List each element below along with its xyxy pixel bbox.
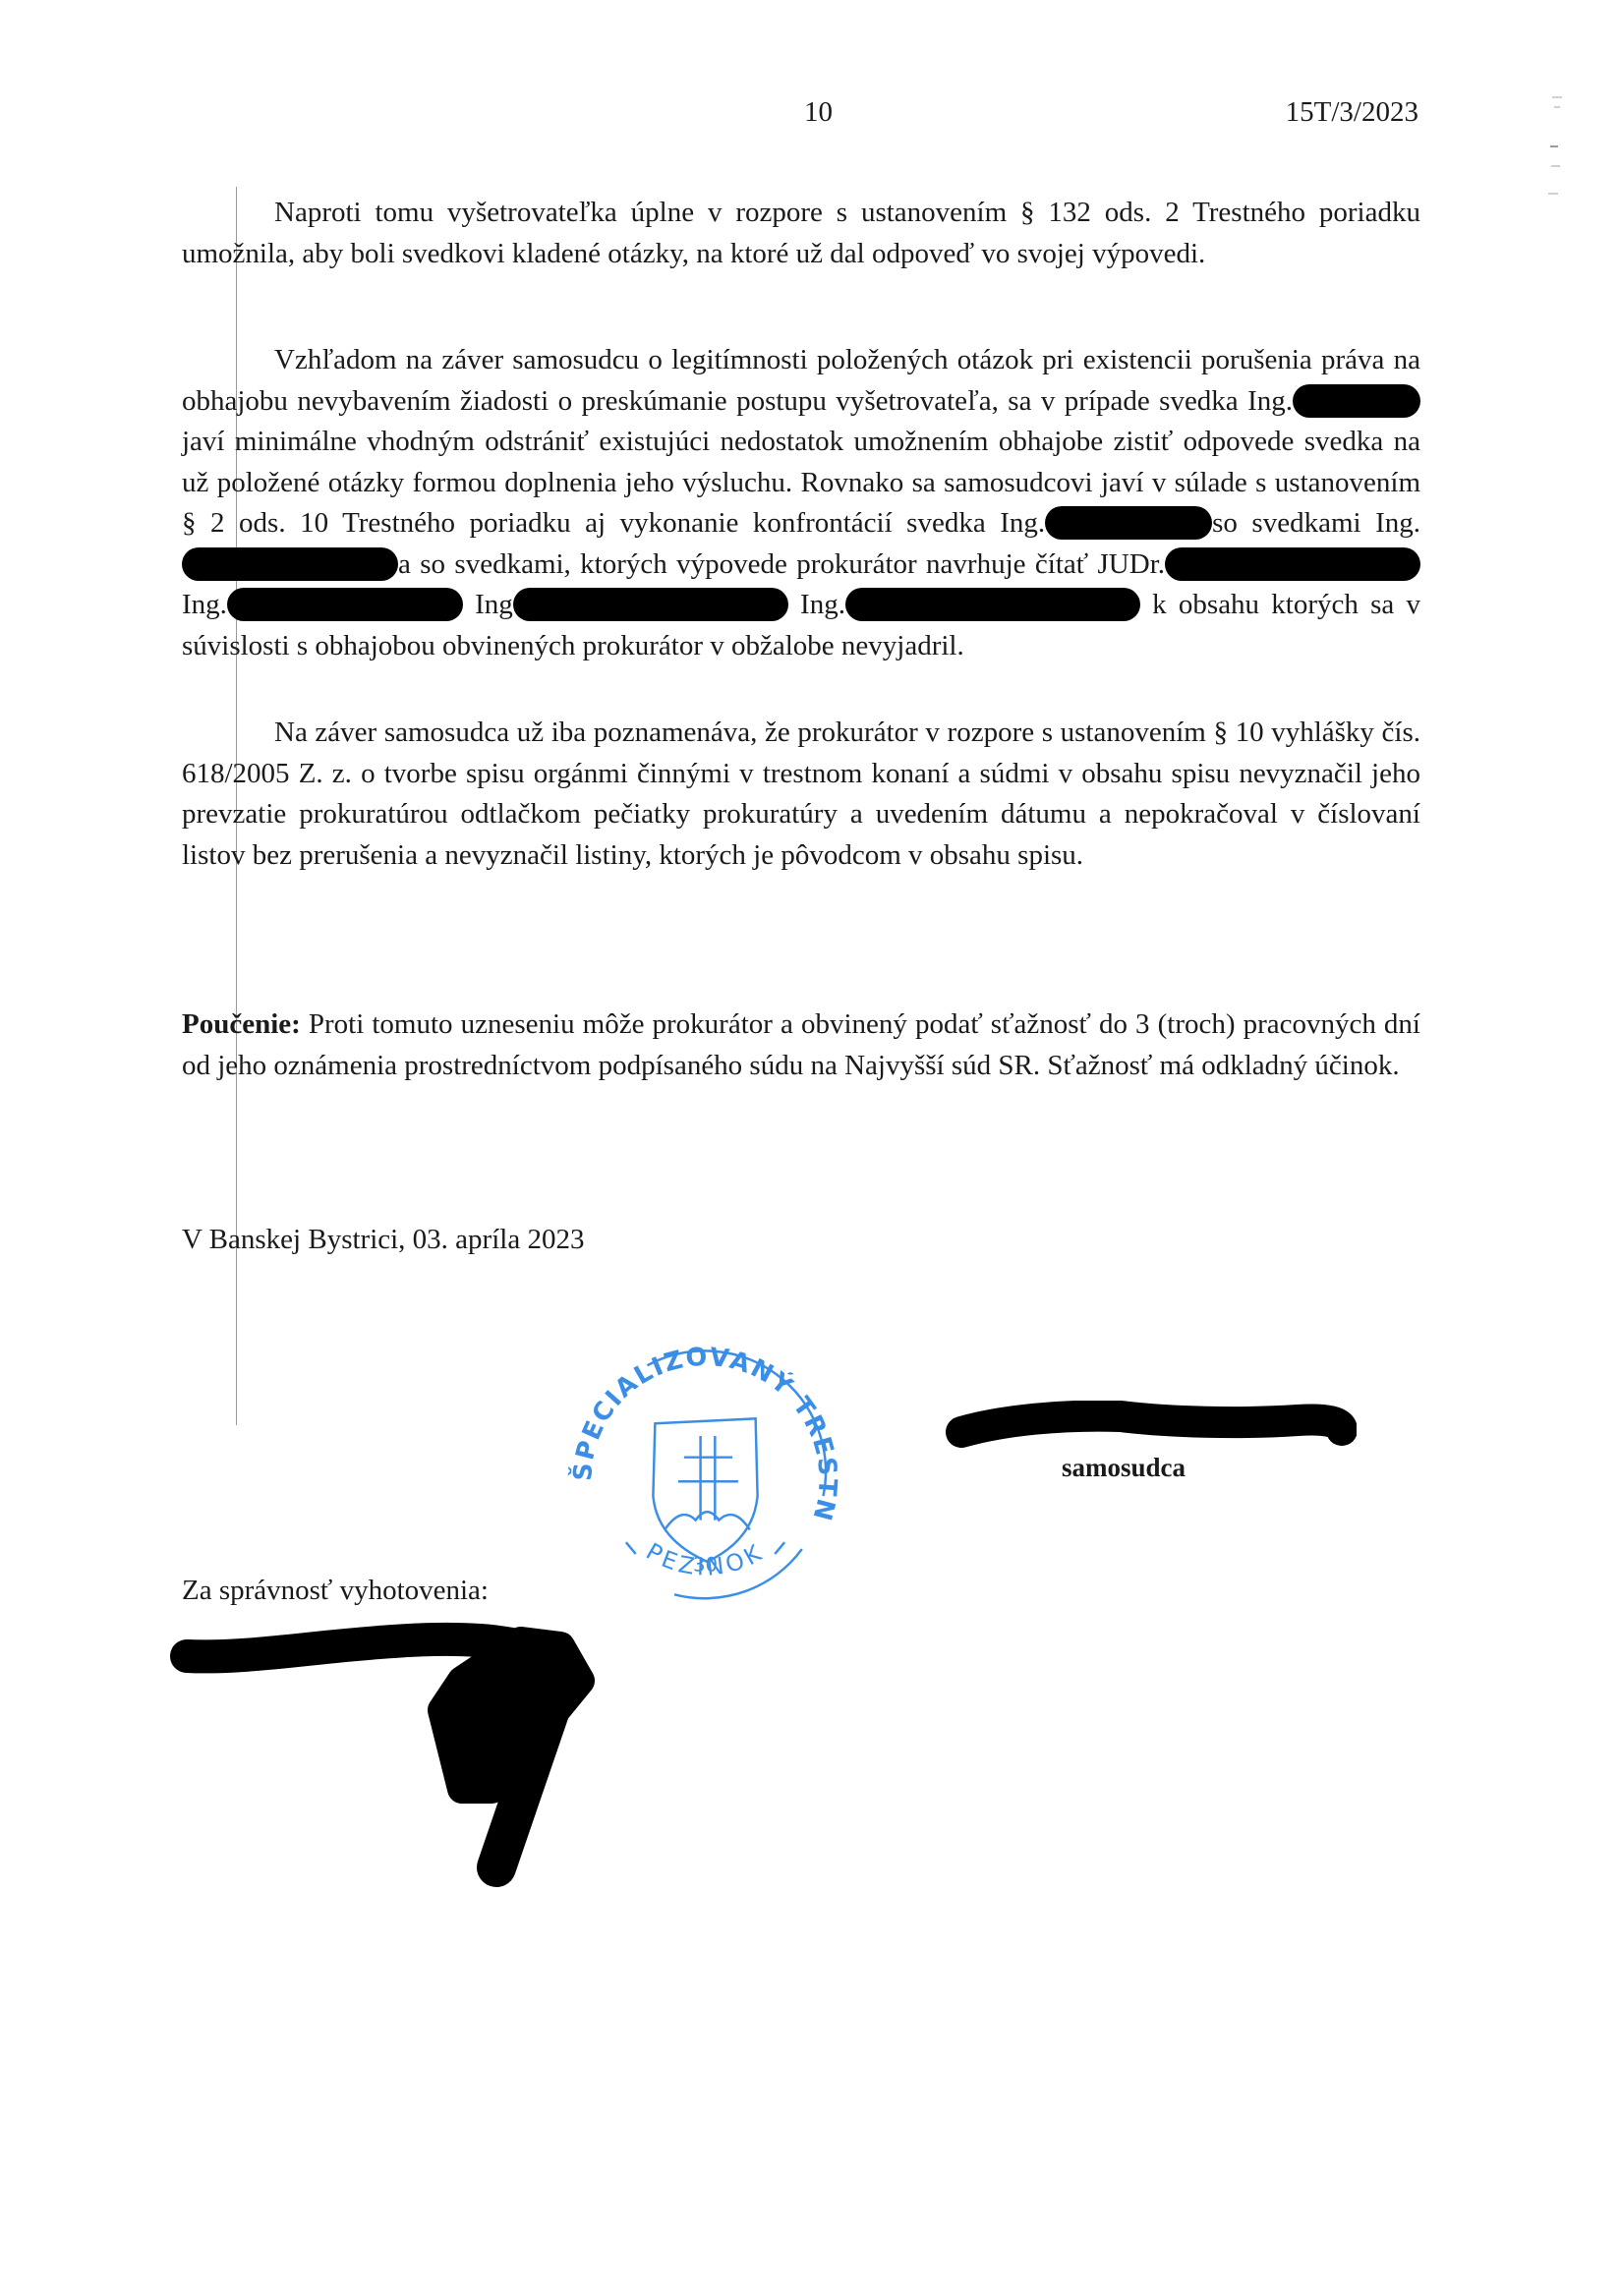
instruction-label: Poučenie: (182, 1008, 301, 1040)
redacted-name (1293, 384, 1420, 418)
court-stamp: ŠPECIALIZOVANÝ TRESTNÝ SÚD 30 PEZINOK (560, 1322, 850, 1612)
redacted-name (845, 588, 1140, 621)
scan-margin-marks (1548, 88, 1578, 206)
svg-text:PEZINOK: PEZINOK (641, 1537, 769, 1581)
instruction-paragraph: Poučenie: Proti tomuto uzneseniu môže pr… (182, 1004, 1420, 1086)
paragraph-3: Na záver samosudca už iba poznamenáva, ž… (182, 713, 1420, 876)
case-reference: 15T/3/2023 (1286, 96, 1418, 129)
redacted-name (1165, 547, 1420, 581)
clerk-signature-redacted (167, 1592, 600, 1907)
redacted-name (182, 547, 398, 581)
page-number: 10 (804, 96, 833, 129)
judge-title: samosudca (1062, 1453, 1186, 1483)
place-and-date: V Banskej Bystrici, 03. apríla 2023 (182, 1224, 584, 1256)
instruction-text: Proti tomuto uzneseniu môže prokurátor a… (182, 1008, 1420, 1081)
paragraph-2: Vzhľadom na záver samosudcu o legitímnos… (182, 340, 1420, 666)
redacted-name (1045, 506, 1212, 540)
redacted-name (227, 588, 463, 621)
paragraph-1: Naproti tomu vyšetrovateľka úplne v rozp… (182, 193, 1420, 274)
redacted-name (513, 588, 788, 621)
judge-signature-redacted (944, 1401, 1357, 1448)
